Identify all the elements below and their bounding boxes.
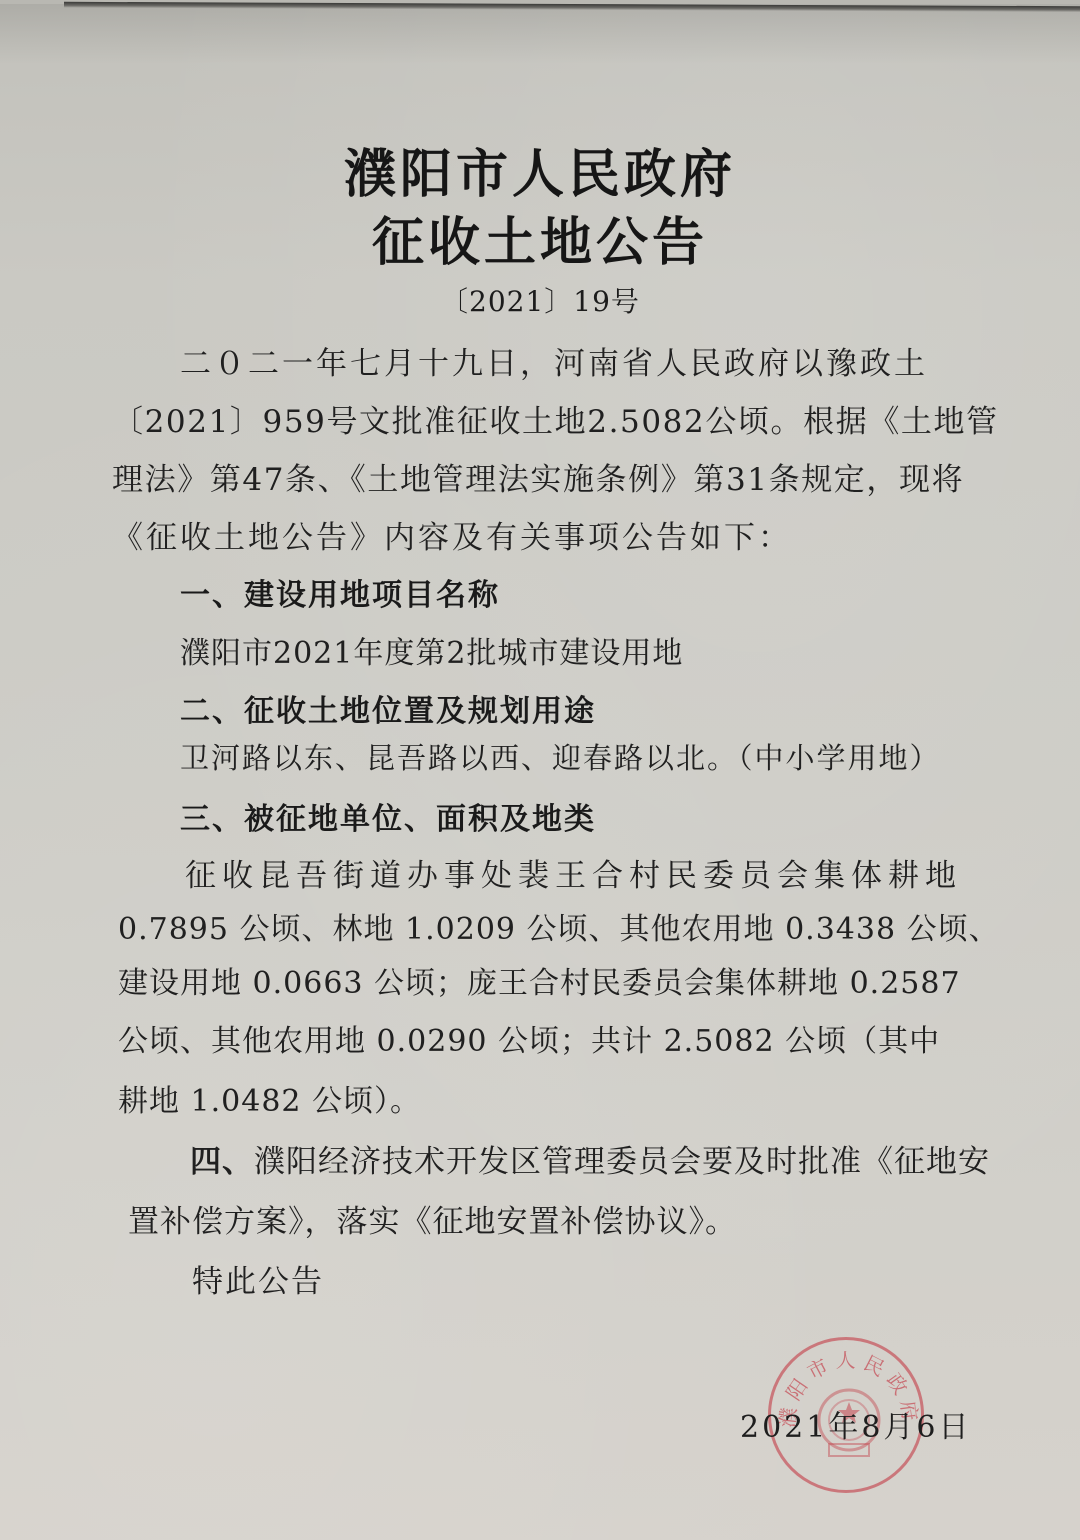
intro-line-4: 《征收土地公告》内容及有关事项公告如下： [112,512,792,557]
paper-shadow [0,4,1080,64]
section-3-line-1: 征收昆吾街道办事处裴王合村民委员会集体耕地 [185,850,962,895]
section-3-heading: 三、被征地单位、面积及地类 [180,794,596,838]
section-1-text: 濮阳市2021年度第2批城市建设用地 [180,628,683,672]
section-3-line-4: 公顷、其他农用地 0.0290 公顷；共计 2.5082 公顷（其中 [118,1016,940,1060]
document-date: 2021年8月6日 [740,1402,972,1446]
intro-line-3: 理法》第47条、《土地管理法实施条例》第31条规定，现将 [112,454,964,499]
document-paper: 濮阳市人民政府 征收土地公告 〔2021〕19号 二０二一年七月十九日，河南省人… [0,4,1080,1540]
issuer-title: 濮阳市人民政府 [0,132,1080,207]
intro-line-1: 二０二一年七月十九日，河南省人民政府以豫政土 [180,338,928,383]
section-4-line-1: 四、濮阳经济技术开发区管理委员会要及时批准《征地安 [190,1136,990,1181]
section-2-text: 卫河路以东、昆吾路以西、迎春路以北。（中小学用地） [180,736,941,777]
section-3-line-3: 建设用地 0.0663 公顷；庞王合村民委员会集体耕地 0.2587 [118,958,961,1002]
document-title: 征收土地公告 [0,200,1080,275]
section-1-heading: 一、建设用地项目名称 [180,570,500,614]
section-3-line-5: 耕地 1.0482 公顷）。 [118,1076,421,1120]
section-4-text: 濮阳经济技术开发区管理委员会要及时批准《征地安 [254,1144,990,1180]
closing-text: 特此公告 [192,1256,324,1301]
section-4-heading: 四、 [190,1144,254,1180]
intro-line-2: 〔2021〕959号文批准征收土地2.5082公顷。根据《土地管 [112,396,999,441]
document-number: 〔2021〕19号 [0,280,1080,320]
section-2-heading: 二、征收土地位置及规划用途 [180,686,596,730]
section-4-line-2: 置补偿方案》，落实《征地安置补偿协议》。 [128,1196,737,1241]
section-3-line-2: 0.7895 公顷、林地 1.0209 公顷、其他农用地 0.3438 公顷、 [118,904,1000,948]
